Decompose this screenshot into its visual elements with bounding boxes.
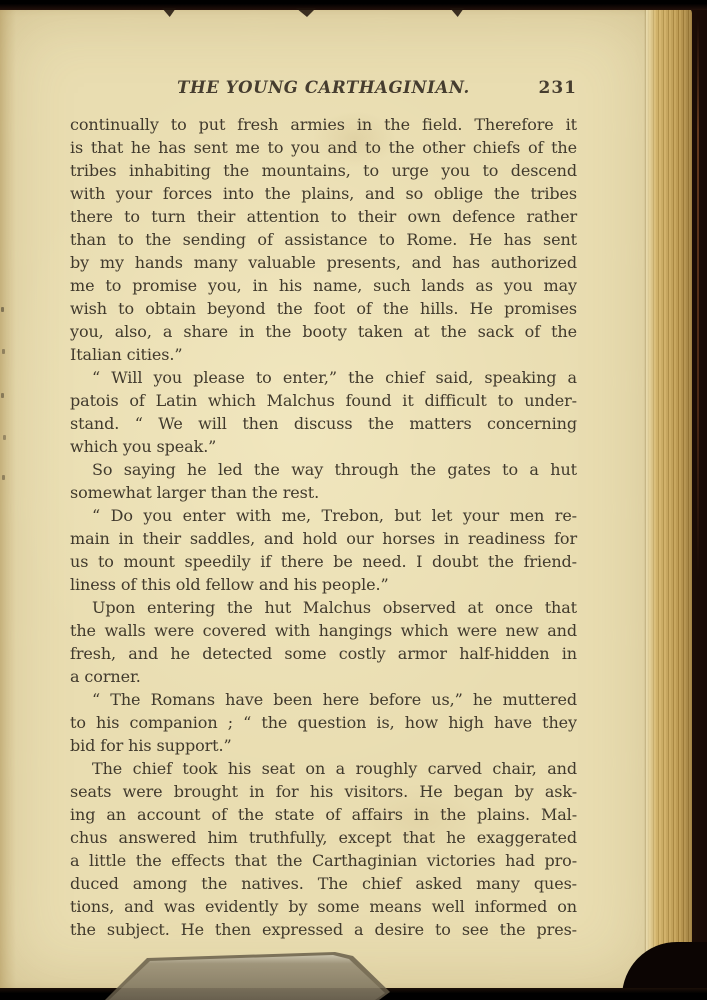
text-line: The chief took his seat on a roughly car… bbox=[70, 757, 577, 780]
scanned-book-photo: THE YOUNG CARTHAGINIAN. 231 continually … bbox=[0, 0, 707, 1000]
text-line: somewhat larger than the rest. bbox=[70, 481, 577, 504]
text-line: chus answered him truthfully, except tha… bbox=[70, 826, 577, 849]
text-block: THE YOUNG CARTHAGINIAN. 231 continually … bbox=[70, 78, 577, 941]
text-line: main in their saddles, and hold our hors… bbox=[70, 527, 577, 550]
text-line: with your forces into the plains, and so… bbox=[70, 182, 577, 205]
text-line: you, also, a share in the booty taken at… bbox=[70, 320, 577, 343]
text-line: Italian cities.” bbox=[70, 343, 577, 366]
text-line: liness of this old fellow and his people… bbox=[70, 573, 577, 596]
top-black-band bbox=[0, 0, 707, 10]
background-highlight-streak bbox=[697, 18, 699, 578]
text-line: us to mount speedily if there be need. I… bbox=[70, 550, 577, 573]
text-line: tions, and was evidently by some means w… bbox=[70, 895, 577, 918]
text-line: ing an account of the state of affairs i… bbox=[70, 803, 577, 826]
text-line: So saying he led the way through the gat… bbox=[70, 458, 577, 481]
text-line: “ The Romans have been here before us,” … bbox=[70, 688, 577, 711]
text-line: stand. “ We will then discuss the matter… bbox=[70, 412, 577, 435]
text-line: duced among the natives. The chief asked… bbox=[70, 872, 577, 895]
text-line: the walls were covered with hangings whi… bbox=[70, 619, 577, 642]
running-header: THE YOUNG CARTHAGINIAN. 231 bbox=[70, 78, 577, 100]
text-line: tribes inhabiting the mountains, to urge… bbox=[70, 159, 577, 182]
text-line: a little the effects that the Carthagini… bbox=[70, 849, 577, 872]
page-number: 231 bbox=[539, 78, 578, 98]
text-line: “ Will you please to enter,” the chief s… bbox=[70, 366, 577, 389]
text-line: “ Do you enter with me, Trebon, but let … bbox=[70, 504, 577, 527]
text-line: me to promise you, in his name, such lan… bbox=[70, 274, 577, 297]
text-line: there to turn their attention to their o… bbox=[70, 205, 577, 228]
text-line: to his companion ; “ the question is, ho… bbox=[70, 711, 577, 734]
text-line: than to the sending of assistance to Rom… bbox=[70, 228, 577, 251]
text-line: which you speak.” bbox=[70, 435, 577, 458]
book-fore-edge bbox=[646, 8, 692, 976]
text-line: seats were brought in for his visitors. … bbox=[70, 780, 577, 803]
body-text: continually to put fresh armies in the f… bbox=[70, 113, 577, 941]
text-line: the subject. He then expressed a desire … bbox=[70, 918, 577, 941]
text-line: a corner. bbox=[70, 665, 577, 688]
text-line: fresh, and he detected some costly armor… bbox=[70, 642, 577, 665]
show-through-marks bbox=[1, 307, 4, 312]
page-gutter-edge bbox=[0, 9, 16, 989]
text-line: wish to obtain beyond the foot of the hi… bbox=[70, 297, 577, 320]
text-line: is that he has sent me to you and to the… bbox=[70, 136, 577, 159]
text-line: by my hands many valuable presents, and … bbox=[70, 251, 577, 274]
text-line: bid for his support.” bbox=[70, 734, 577, 757]
text-line: continually to put fresh armies in the f… bbox=[70, 113, 577, 136]
running-header-title: THE YOUNG CARTHAGINIAN. bbox=[70, 78, 577, 97]
text-line: Upon entering the hut Malchus observed a… bbox=[70, 596, 577, 619]
text-line: patois of Latin which Malchus found it d… bbox=[70, 389, 577, 412]
